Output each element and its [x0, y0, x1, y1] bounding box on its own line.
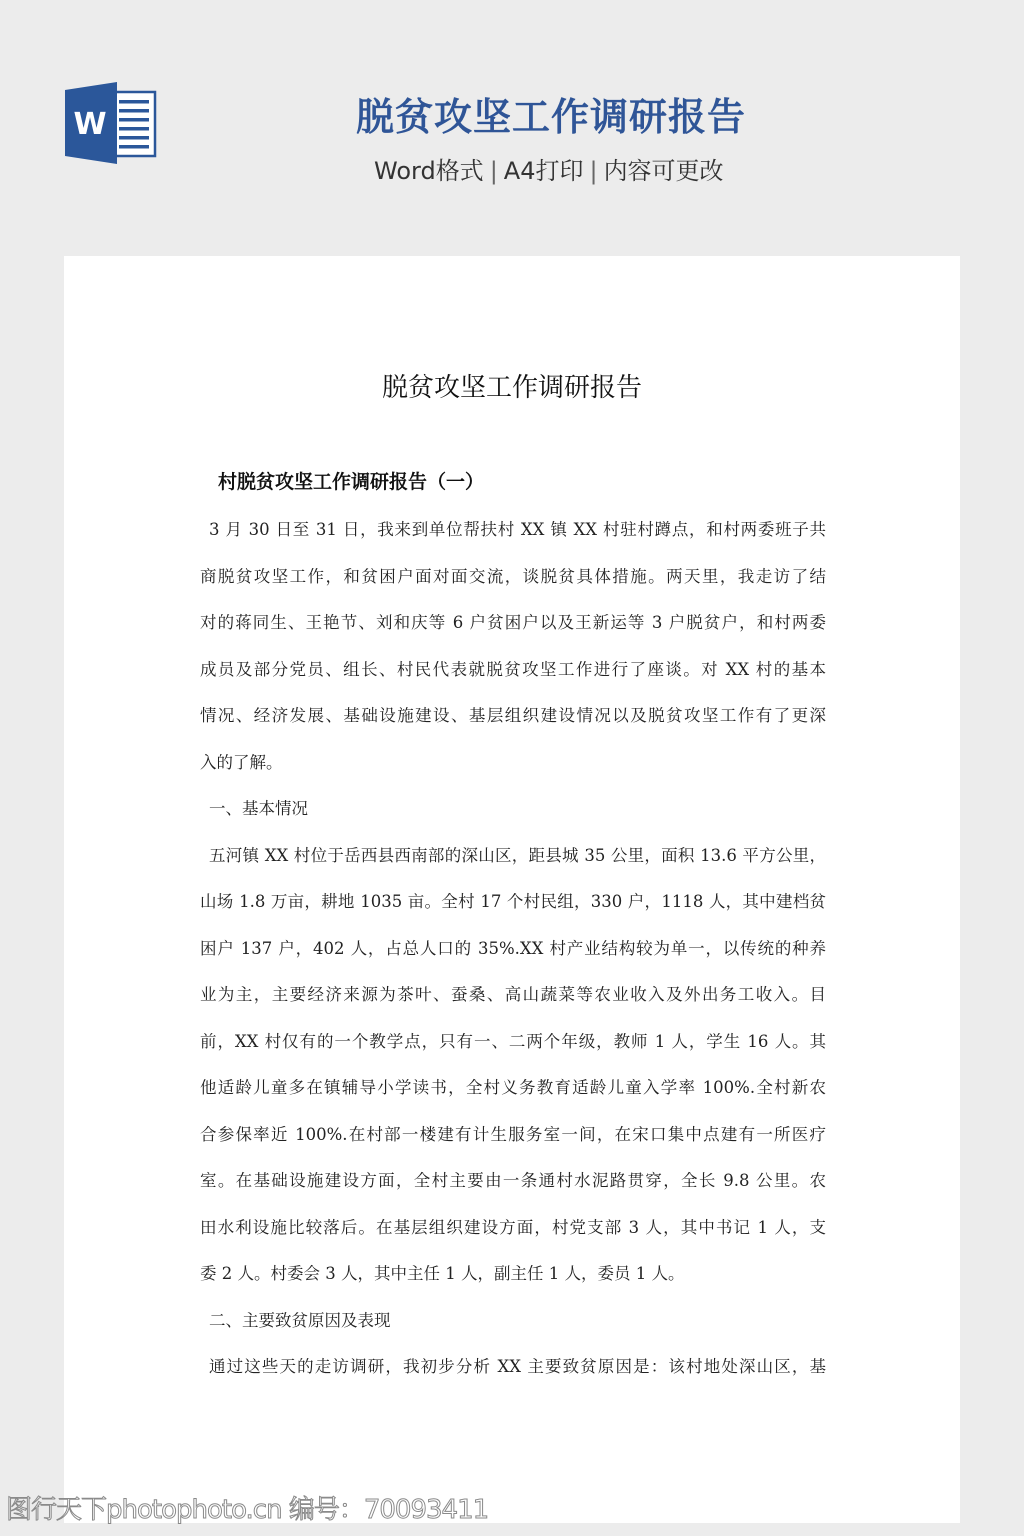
subtitle-separator: |	[589, 157, 597, 185]
banner-title: 脱贫攻坚工作调研报告	[356, 92, 746, 142]
body-line: 五河镇 XX 村位于岳西县西南部的深山区，距县城 35 公里，面积 13.6 平…	[200, 838, 826, 885]
subtitle-print: A4打印	[504, 157, 584, 185]
body-line: 田水利设施比较落后。在基层组织建设方面，村党支部 3 人，其中书记 1 人，支	[200, 1210, 826, 1257]
svg-text:W: W	[73, 107, 106, 142]
body-line: 对的蒋同生、王艳节、刘和庆等 6 户贫困户以及王新运等 3 户脱贫户，和村两委	[200, 605, 826, 652]
body-line: 山场 1.8 万亩，耕地 1035 亩。全村 17 个村民组，330 户，111…	[200, 884, 826, 931]
body-line: 3 月 30 日至 31 日，我来到单位帮扶村 XX 镇 XX 村驻村蹲点，和村…	[200, 512, 826, 559]
word-document-icon: W	[65, 82, 157, 164]
body-line: 商脱贫攻坚工作，和贫困户面对面交流，谈脱贫具体措施。两天里，我走访了结	[200, 559, 826, 606]
body-line: 入的了解。	[200, 745, 826, 792]
subsection-heading: 一、基本情况	[200, 791, 826, 838]
subtitle-format: Word格式	[374, 157, 484, 185]
section-heading: 村脱贫攻坚工作调研报告（一）	[218, 466, 484, 498]
body-line: 合参保率近 100%.在村部一楼建有计生服务室一间，在宋口集中点建有一所医疗	[200, 1117, 826, 1164]
body-line: 成员及部分党员、组长、村民代表就脱贫攻坚工作进行了座谈。对 XX 村的基本	[200, 652, 826, 699]
watermark: 图行天下photophoto.cn 编号：70093411	[6, 1492, 488, 1528]
subtitle-separator: |	[490, 157, 498, 185]
body-line: 委 2 人。村委会 3 人，其中主任 1 人，副主任 1 人，委员 1 人。	[200, 1256, 826, 1303]
document-title: 脱贫攻坚工作调研报告	[0, 368, 1024, 408]
body-line: 业为主，主要经济来源为茶叶、蚕桑、高山蔬菜等农业收入及外出务工收入。目	[200, 977, 826, 1024]
body-line: 情况、经济发展、基础设施建设、基层组织建设情况以及脱贫攻坚工作有了更深	[200, 698, 826, 745]
body-line: 困户 137 户，402 人，占总人口的 35%.XX 村产业结构较为单一，以传…	[200, 931, 826, 978]
body-line: 室。在基础设施建设方面，全村主要由一条通村水泥路贯穿，全长 9.8 公里。农	[200, 1163, 826, 1210]
subtitle-editable: 内容可更改	[604, 157, 724, 185]
body-line: 他适龄儿童多在镇辅导小学读书，全村义务教育适龄儿童入学率 100%.全村新农	[200, 1070, 826, 1117]
banner-subtitle: Word格式|A4打印|内容可更改	[374, 154, 724, 188]
body-line: 通过这些天的走访调研，我初步分析 XX 主要致贫原因是：该村地处深山区，基	[200, 1349, 826, 1396]
document-body: 3 月 30 日至 31 日，我来到单位帮扶村 XX 镇 XX 村驻村蹲点，和村…	[200, 512, 826, 1396]
body-line: 前，XX 村仅有的一个教学点，只有一、二两个年级，教师 1 人，学生 16 人。…	[200, 1024, 826, 1071]
subsection-heading: 二、主要致贫原因及表现	[200, 1303, 826, 1350]
